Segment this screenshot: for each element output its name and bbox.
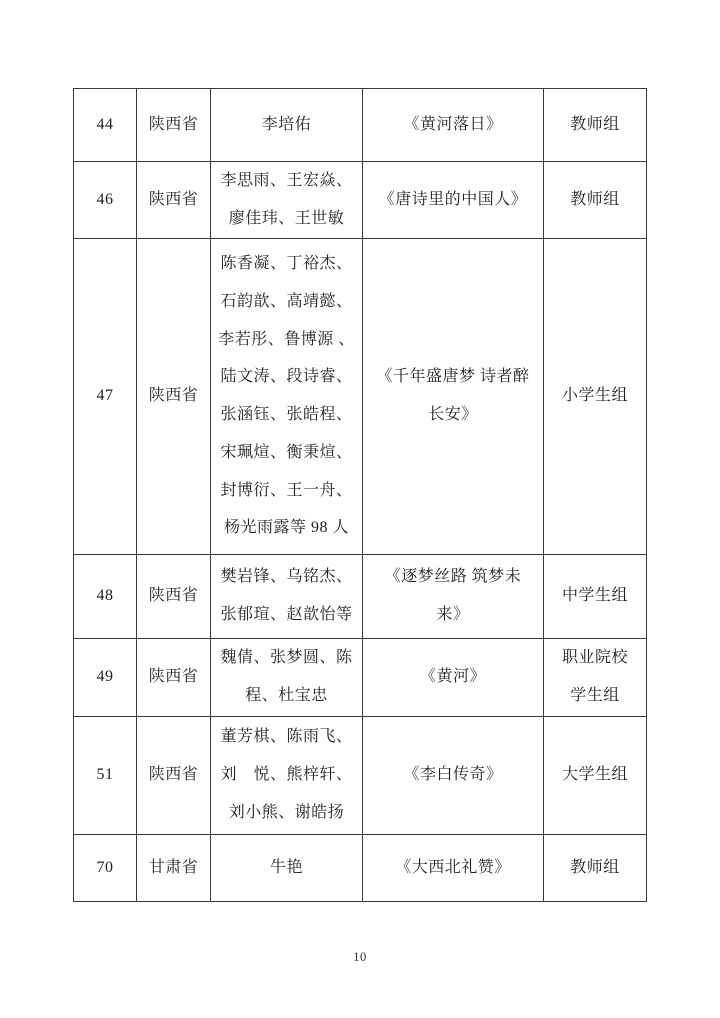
text-line: 陆文涛、段诗睿、 xyxy=(213,358,360,396)
cell-work: 《唐诗里的中国人》 xyxy=(363,162,544,239)
cell-names: 陈香凝、丁裕杰、石韵歆、高靖懿、李若彤、鲁博源 、陆文涛、段诗睿、张涵钰、张皓程… xyxy=(211,238,363,554)
cell-work: 《逐梦丝路 筑梦未来》 xyxy=(363,554,544,638)
award-table: 44陕西省李培佑《黄河落日》教师组46陕西省李思雨、王宏焱、廖佳玮、王世敏《唐诗… xyxy=(73,88,647,902)
cell-names: 董芳棋、陈雨飞、刘 悦、熊梓轩、刘小熊、谢皓扬 xyxy=(211,716,363,834)
text-line: 陕西省 xyxy=(139,658,208,696)
text-line: 《唐诗里的中国人》 xyxy=(365,181,541,219)
text-line: 程、杜宝忠 xyxy=(213,677,360,715)
text-line: 董芳棋、陈雨飞、 xyxy=(213,718,360,756)
table-row: 51陕西省董芳棋、陈雨飞、刘 悦、熊梓轩、刘小熊、谢皓扬《李白传奇》大学生组 xyxy=(74,716,647,834)
text-line: 中学生组 xyxy=(546,577,644,615)
text-line: 张涵钰、张皓程、 xyxy=(213,396,360,434)
text-line: 刘 悦、熊梓轩、 xyxy=(213,756,360,794)
table-row: 49陕西省魏倩、张梦圆、陈程、杜宝忠《黄河》职业院校学生组 xyxy=(74,638,647,716)
text-line: 职业院校 xyxy=(546,639,644,677)
text-line: 49 xyxy=(76,658,134,696)
cell-province: 陕西省 xyxy=(137,638,211,716)
text-line: 李若彤、鲁博源 、 xyxy=(213,321,360,359)
cell-names: 李思雨、王宏焱、廖佳玮、王世敏 xyxy=(211,162,363,239)
text-line: 封博衍、王一舟、 xyxy=(213,472,360,510)
text-line: 陕西省 xyxy=(139,106,208,144)
text-line: 《逐梦丝路 筑梦未 xyxy=(365,558,541,596)
text-line: 甘肃省 xyxy=(139,849,208,887)
text-line: 《千年盛唐梦 诗者醉 xyxy=(365,358,541,396)
cell-work: 《大西北礼赞》 xyxy=(363,834,544,901)
text-line: 陕西省 xyxy=(139,181,208,219)
document-page: 44陕西省李培佑《黄河落日》教师组46陕西省李思雨、王宏焱、廖佳玮、王世敏《唐诗… xyxy=(0,0,720,1018)
text-line: 小学生组 xyxy=(546,377,644,415)
text-line: 70 xyxy=(76,849,134,887)
text-line: 46 xyxy=(76,181,134,219)
text-line: 樊岩锋、乌铭杰、 xyxy=(213,558,360,596)
cell-province: 陕西省 xyxy=(137,554,211,638)
cell-group: 教师组 xyxy=(544,834,647,901)
cell-group: 中学生组 xyxy=(544,554,647,638)
cell-group: 小学生组 xyxy=(544,238,647,554)
text-line: 廖佳玮、王世敏 xyxy=(213,200,360,238)
cell-group: 大学生组 xyxy=(544,716,647,834)
table-row: 70甘肃省牛艳《大西北礼赞》教师组 xyxy=(74,834,647,901)
text-line: 44 xyxy=(76,106,134,144)
cell-no: 46 xyxy=(74,162,137,239)
text-line: 48 xyxy=(76,577,134,615)
cell-work: 《黄河》 xyxy=(363,638,544,716)
cell-no: 47 xyxy=(74,238,137,554)
cell-province: 陕西省 xyxy=(137,716,211,834)
text-line: 刘小熊、谢皓扬 xyxy=(213,794,360,832)
text-line: 陈香凝、丁裕杰、 xyxy=(213,245,360,283)
text-line: 47 xyxy=(76,377,134,415)
cell-names: 魏倩、张梦圆、陈程、杜宝忠 xyxy=(211,638,363,716)
text-line: 教师组 xyxy=(546,106,644,144)
text-line: 来》 xyxy=(365,596,541,634)
text-line: 大学生组 xyxy=(546,756,644,794)
text-line: 长安》 xyxy=(365,396,541,434)
cell-work: 《李白传奇》 xyxy=(363,716,544,834)
cell-work: 《千年盛唐梦 诗者醉长安》 xyxy=(363,238,544,554)
text-line: 牛艳 xyxy=(213,849,360,887)
text-line: 宋珮煊、衡秉煊、 xyxy=(213,434,360,472)
table-row: 48陕西省樊岩锋、乌铭杰、张郁瑄、赵歆怡等《逐梦丝路 筑梦未来》中学生组 xyxy=(74,554,647,638)
text-line: 陕西省 xyxy=(139,377,208,415)
text-line: 《大西北礼赞》 xyxy=(365,849,541,887)
cell-province: 陕西省 xyxy=(137,238,211,554)
text-line: 陕西省 xyxy=(139,756,208,794)
cell-no: 51 xyxy=(74,716,137,834)
page-number: 10 xyxy=(0,950,720,965)
text-line: 李培佑 xyxy=(213,106,360,144)
cell-no: 44 xyxy=(74,89,137,162)
text-line: 51 xyxy=(76,756,134,794)
cell-names: 樊岩锋、乌铭杰、张郁瑄、赵歆怡等 xyxy=(211,554,363,638)
text-line: 张郁瑄、赵歆怡等 xyxy=(213,596,360,634)
text-line: 《李白传奇》 xyxy=(365,756,541,794)
cell-province: 甘肃省 xyxy=(137,834,211,901)
table-row: 46陕西省李思雨、王宏焱、廖佳玮、王世敏《唐诗里的中国人》教师组 xyxy=(74,162,647,239)
text-line: 《黄河》 xyxy=(365,658,541,696)
cell-names: 李培佑 xyxy=(211,89,363,162)
text-line: 杨光雨露等 98 人 xyxy=(213,509,360,547)
text-line: 教师组 xyxy=(546,849,644,887)
cell-no: 48 xyxy=(74,554,137,638)
table-row: 44陕西省李培佑《黄河落日》教师组 xyxy=(74,89,647,162)
text-line: 李思雨、王宏焱、 xyxy=(213,162,360,200)
text-line: 魏倩、张梦圆、陈 xyxy=(213,639,360,677)
text-line: 陕西省 xyxy=(139,577,208,615)
cell-group: 职业院校学生组 xyxy=(544,638,647,716)
cell-province: 陕西省 xyxy=(137,89,211,162)
text-line: 石韵歆、高靖懿、 xyxy=(213,283,360,321)
cell-names: 牛艳 xyxy=(211,834,363,901)
cell-no: 49 xyxy=(74,638,137,716)
table-row: 47陕西省陈香凝、丁裕杰、石韵歆、高靖懿、李若彤、鲁博源 、陆文涛、段诗睿、张涵… xyxy=(74,238,647,554)
cell-work: 《黄河落日》 xyxy=(363,89,544,162)
text-line: 教师组 xyxy=(546,181,644,219)
text-line: 学生组 xyxy=(546,677,644,715)
award-table-body: 44陕西省李培佑《黄河落日》教师组46陕西省李思雨、王宏焱、廖佳玮、王世敏《唐诗… xyxy=(74,89,647,902)
cell-group: 教师组 xyxy=(544,89,647,162)
text-line: 《黄河落日》 xyxy=(365,106,541,144)
cell-no: 70 xyxy=(74,834,137,901)
cell-group: 教师组 xyxy=(544,162,647,239)
cell-province: 陕西省 xyxy=(137,162,211,239)
